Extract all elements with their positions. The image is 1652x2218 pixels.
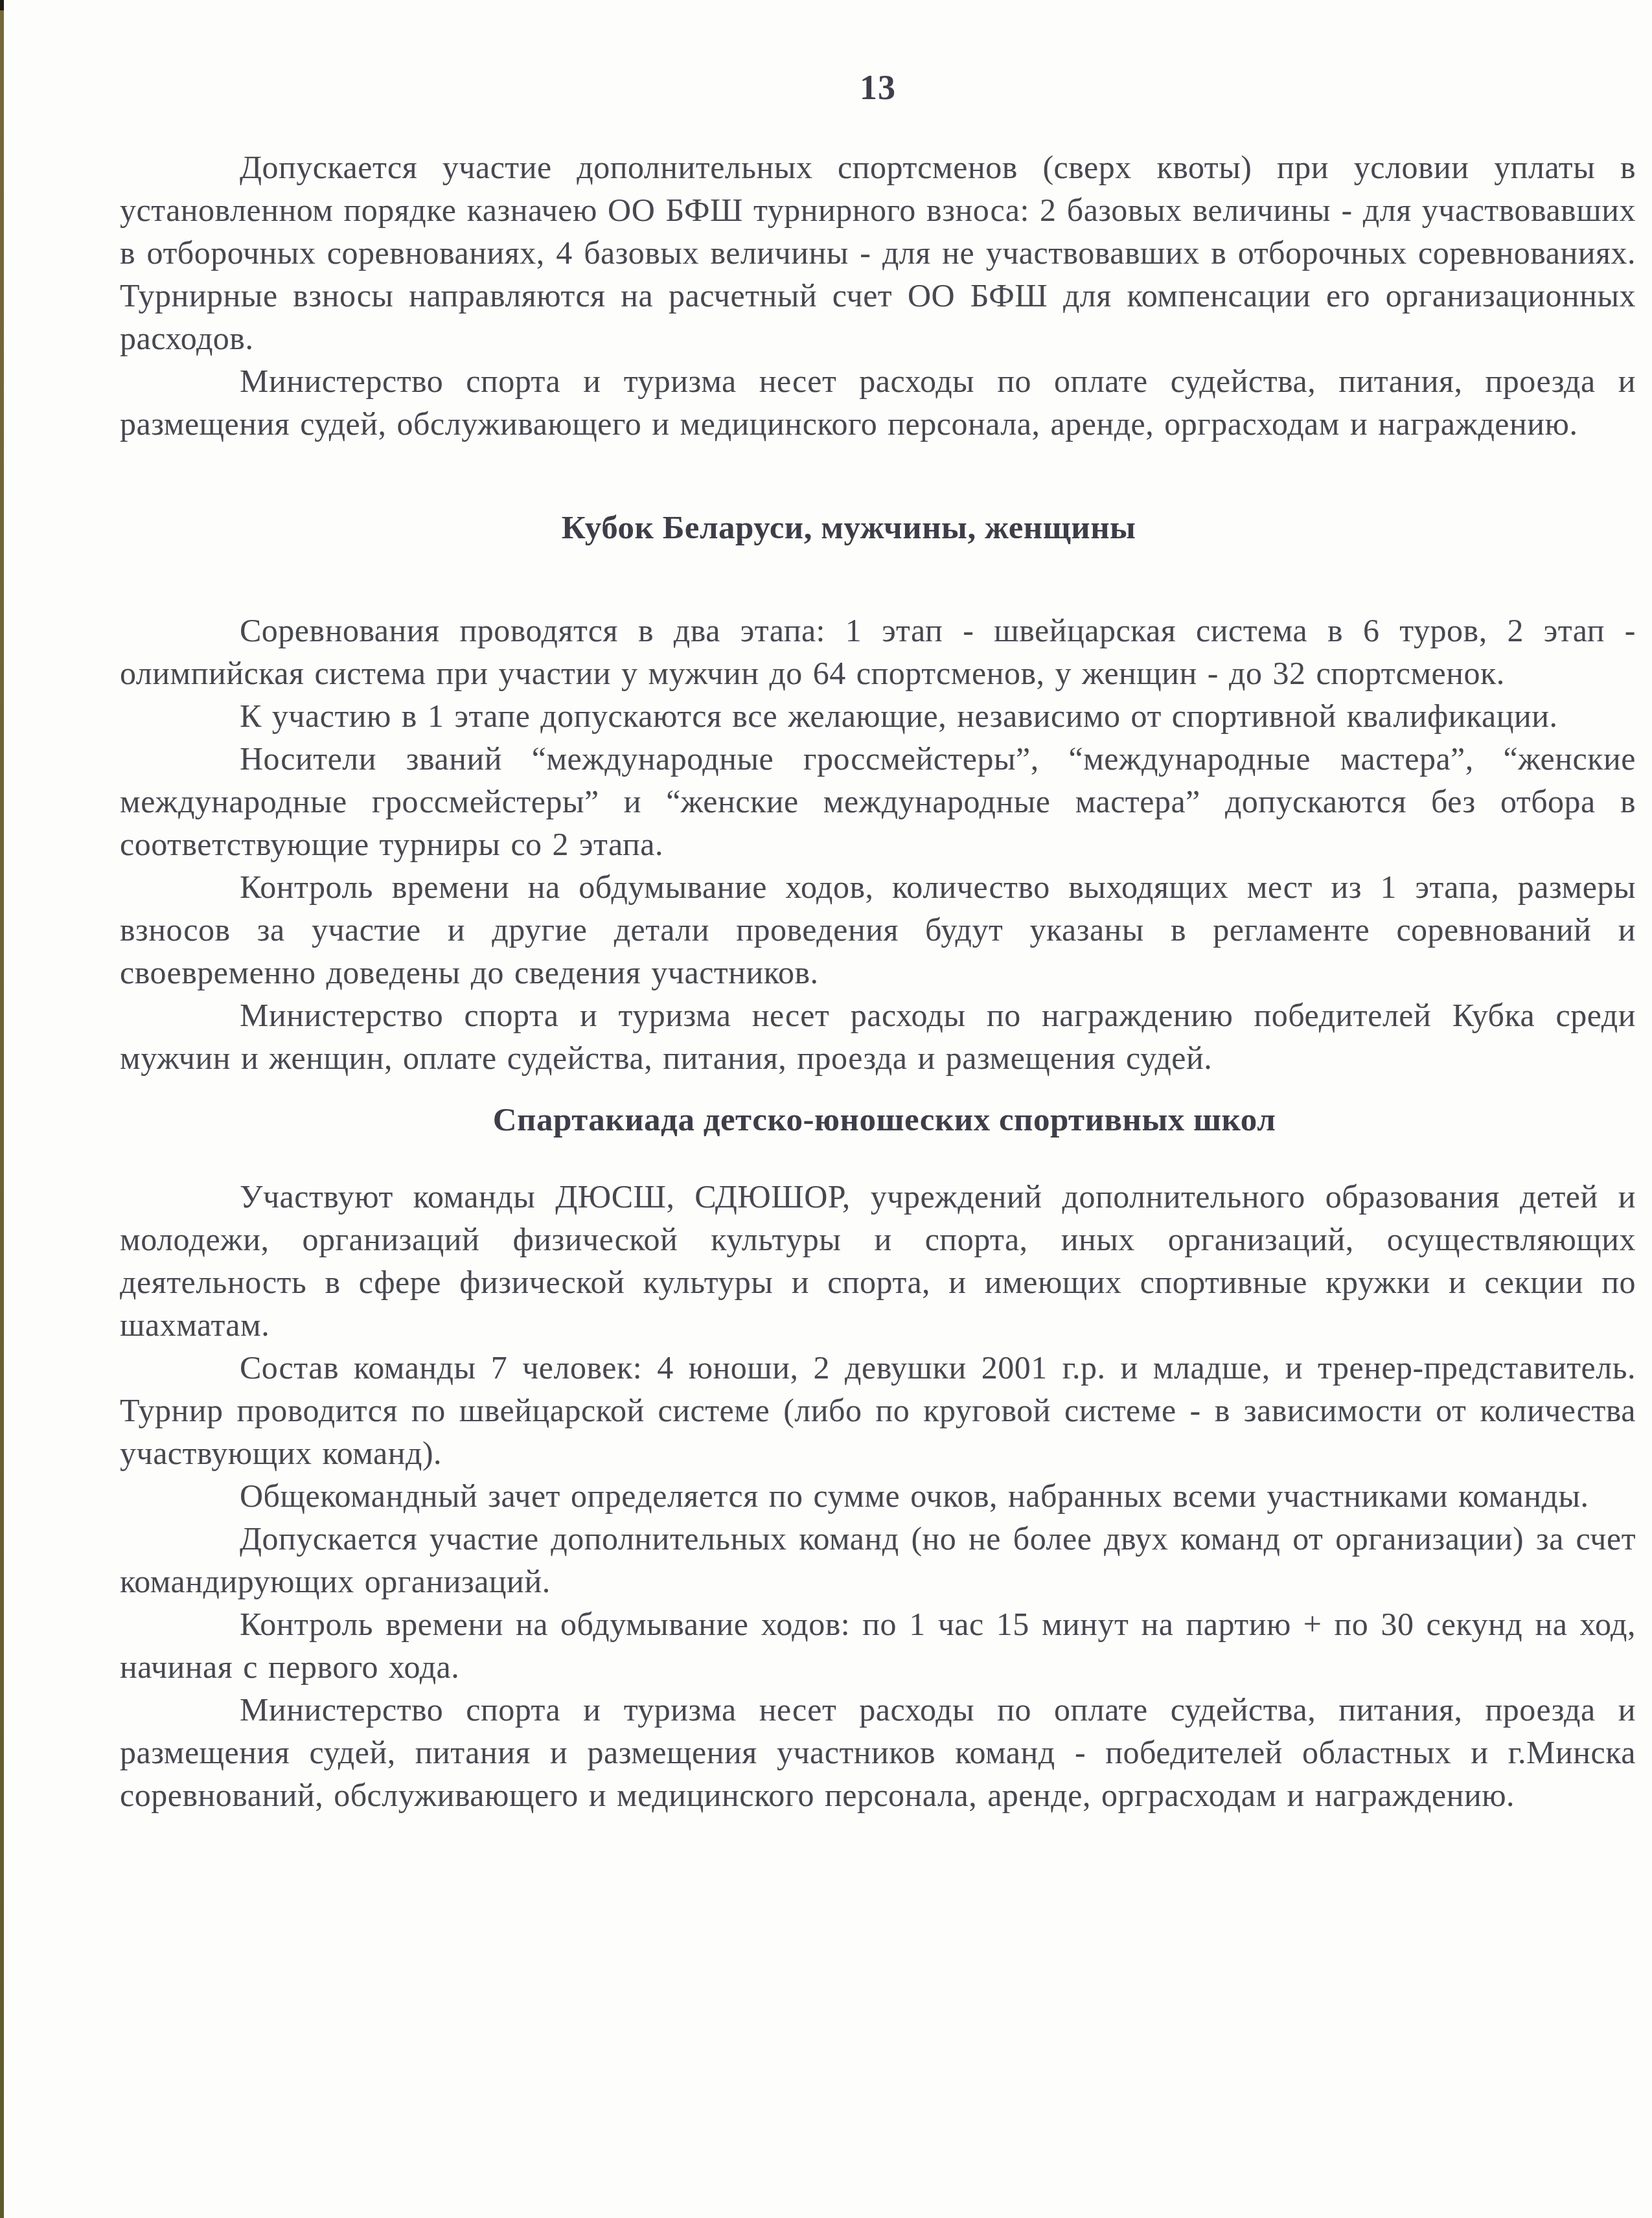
scan-edge-artifact [0,0,4,2218]
paragraph: Носители званий “международные гроссмейс… [120,737,1636,865]
paragraph: Министерство спорта и туризма несет расх… [120,994,1636,1079]
page-number: 13 [120,65,1636,110]
paragraph: Состав команды 7 человек: 4 юноши, 2 дев… [120,1346,1636,1474]
section-heading: Спартакиада детско-юношеских спортивных … [126,1099,1642,1141]
paragraph: Соревнования проводятся в два этапа: 1 э… [120,609,1636,694]
paragraph: Контроль времени на обдумывание ходов: п… [120,1603,1636,1688]
paragraph: Допускается участие дополнительных спорт… [120,146,1636,360]
scanned-document-page: 13 Допускается участие дополнительных сп… [0,0,1652,2218]
paragraph: Допускается участие дополнительных коман… [120,1517,1636,1603]
paragraph: К участию в 1 этапе допускаются все жела… [120,694,1636,737]
paragraph: Контроль времени на обдумывание ходов, к… [120,865,1636,994]
page-content: 13 Допускается участие дополнительных сп… [120,0,1636,1816]
paragraph: Участвуют команды ДЮСШ, СДЮШОР, учрежден… [120,1175,1636,1346]
paragraph: Общекомандный зачет определяется по сумм… [120,1474,1636,1517]
paragraph: Министерство спорта и туризма несет расх… [120,360,1636,445]
paragraph: Министерство спорта и туризма несет расх… [120,1688,1636,1816]
section-heading: Кубок Беларуси, мужчины, женщины [91,507,1607,549]
